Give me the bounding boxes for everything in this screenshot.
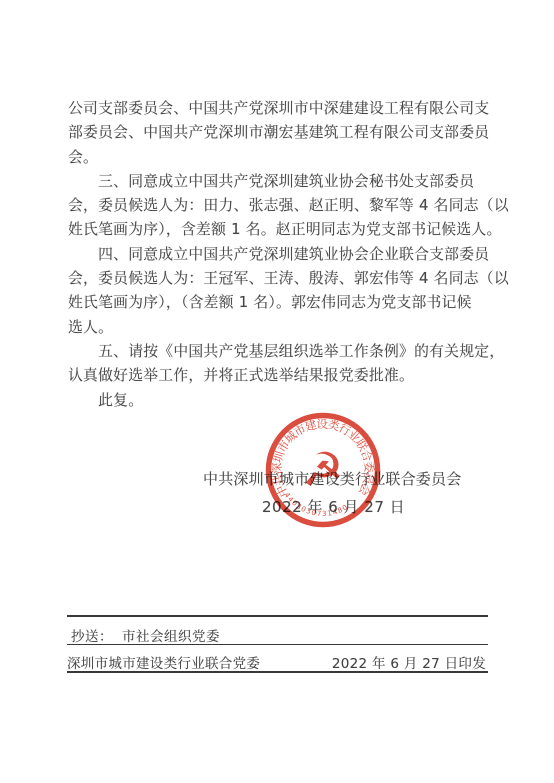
issuer-line: 深圳市城市建设类行业联合党委 2022 年 6 月 27 日印发	[67, 652, 488, 672]
official-seal: ☭ 中共深圳市城市建设类行业联合委员会 4403030731480	[265, 412, 381, 528]
footer-rule-top	[67, 615, 488, 617]
body-line: 会，委员候选人为：田力、张志强、赵正明、黎军等 4 名同志（以	[68, 194, 492, 218]
body-line: 会，委员候选人为：王冠军、王涛、殷涛、郭宏伟等 4 名同志（以	[68, 267, 492, 291]
document-body: 公司支部委员会、中国共产党深圳市中深建建设工程有限公司支 部委员会、中国共产党深…	[68, 97, 492, 413]
hammer-sickle-icon: ☭	[302, 443, 344, 498]
issuer-org: 深圳市城市建设类行业联合党委	[67, 652, 260, 672]
body-line: 选人。	[68, 316, 492, 340]
cc-line: 抄送：市社会组织党委	[71, 625, 220, 645]
document-page: 公司支部委员会、中国共产党深圳市中深建建设工程有限公司支 部委员会、中国共产党深…	[0, 0, 554, 783]
body-line: 姓氏笔画为序），（含差额 1 名）。郭宏伟同志为党支部书记候	[68, 291, 492, 315]
body-line: 部委员会、中国共产党深圳市潮宏基建筑工程有限公司支部委员	[68, 121, 492, 145]
footer-rule-bottom	[67, 671, 488, 673]
body-line: 公司支部委员会、中国共产党深圳市中深建建设工程有限公司支	[68, 97, 492, 121]
cc-label: 抄送：	[71, 629, 113, 645]
issue-date: 2022 年 6 月 27 日印发	[332, 652, 486, 672]
body-line: 会。	[68, 146, 492, 170]
footer-rule-middle	[67, 644, 488, 645]
body-line: 三、同意成立中国共产党深圳建筑业协会秘书处支部委员	[68, 170, 492, 194]
body-line: 认真做好选举工作，并将正式选举结果报党委批准。	[68, 364, 492, 388]
body-line: 四、同意成立中国共产党深圳建筑业协会企业联合支部委员	[68, 243, 492, 267]
cc-value: 市社会组织党委	[122, 629, 220, 645]
body-line: 姓氏笔画为序），含差额 1 名。赵正明同志为党支部书记候选人。	[68, 218, 492, 242]
body-line: 五、请按《中国共产党基层组织选举工作条例》的有关规定，	[68, 340, 492, 364]
body-line: 此复。	[68, 389, 492, 413]
